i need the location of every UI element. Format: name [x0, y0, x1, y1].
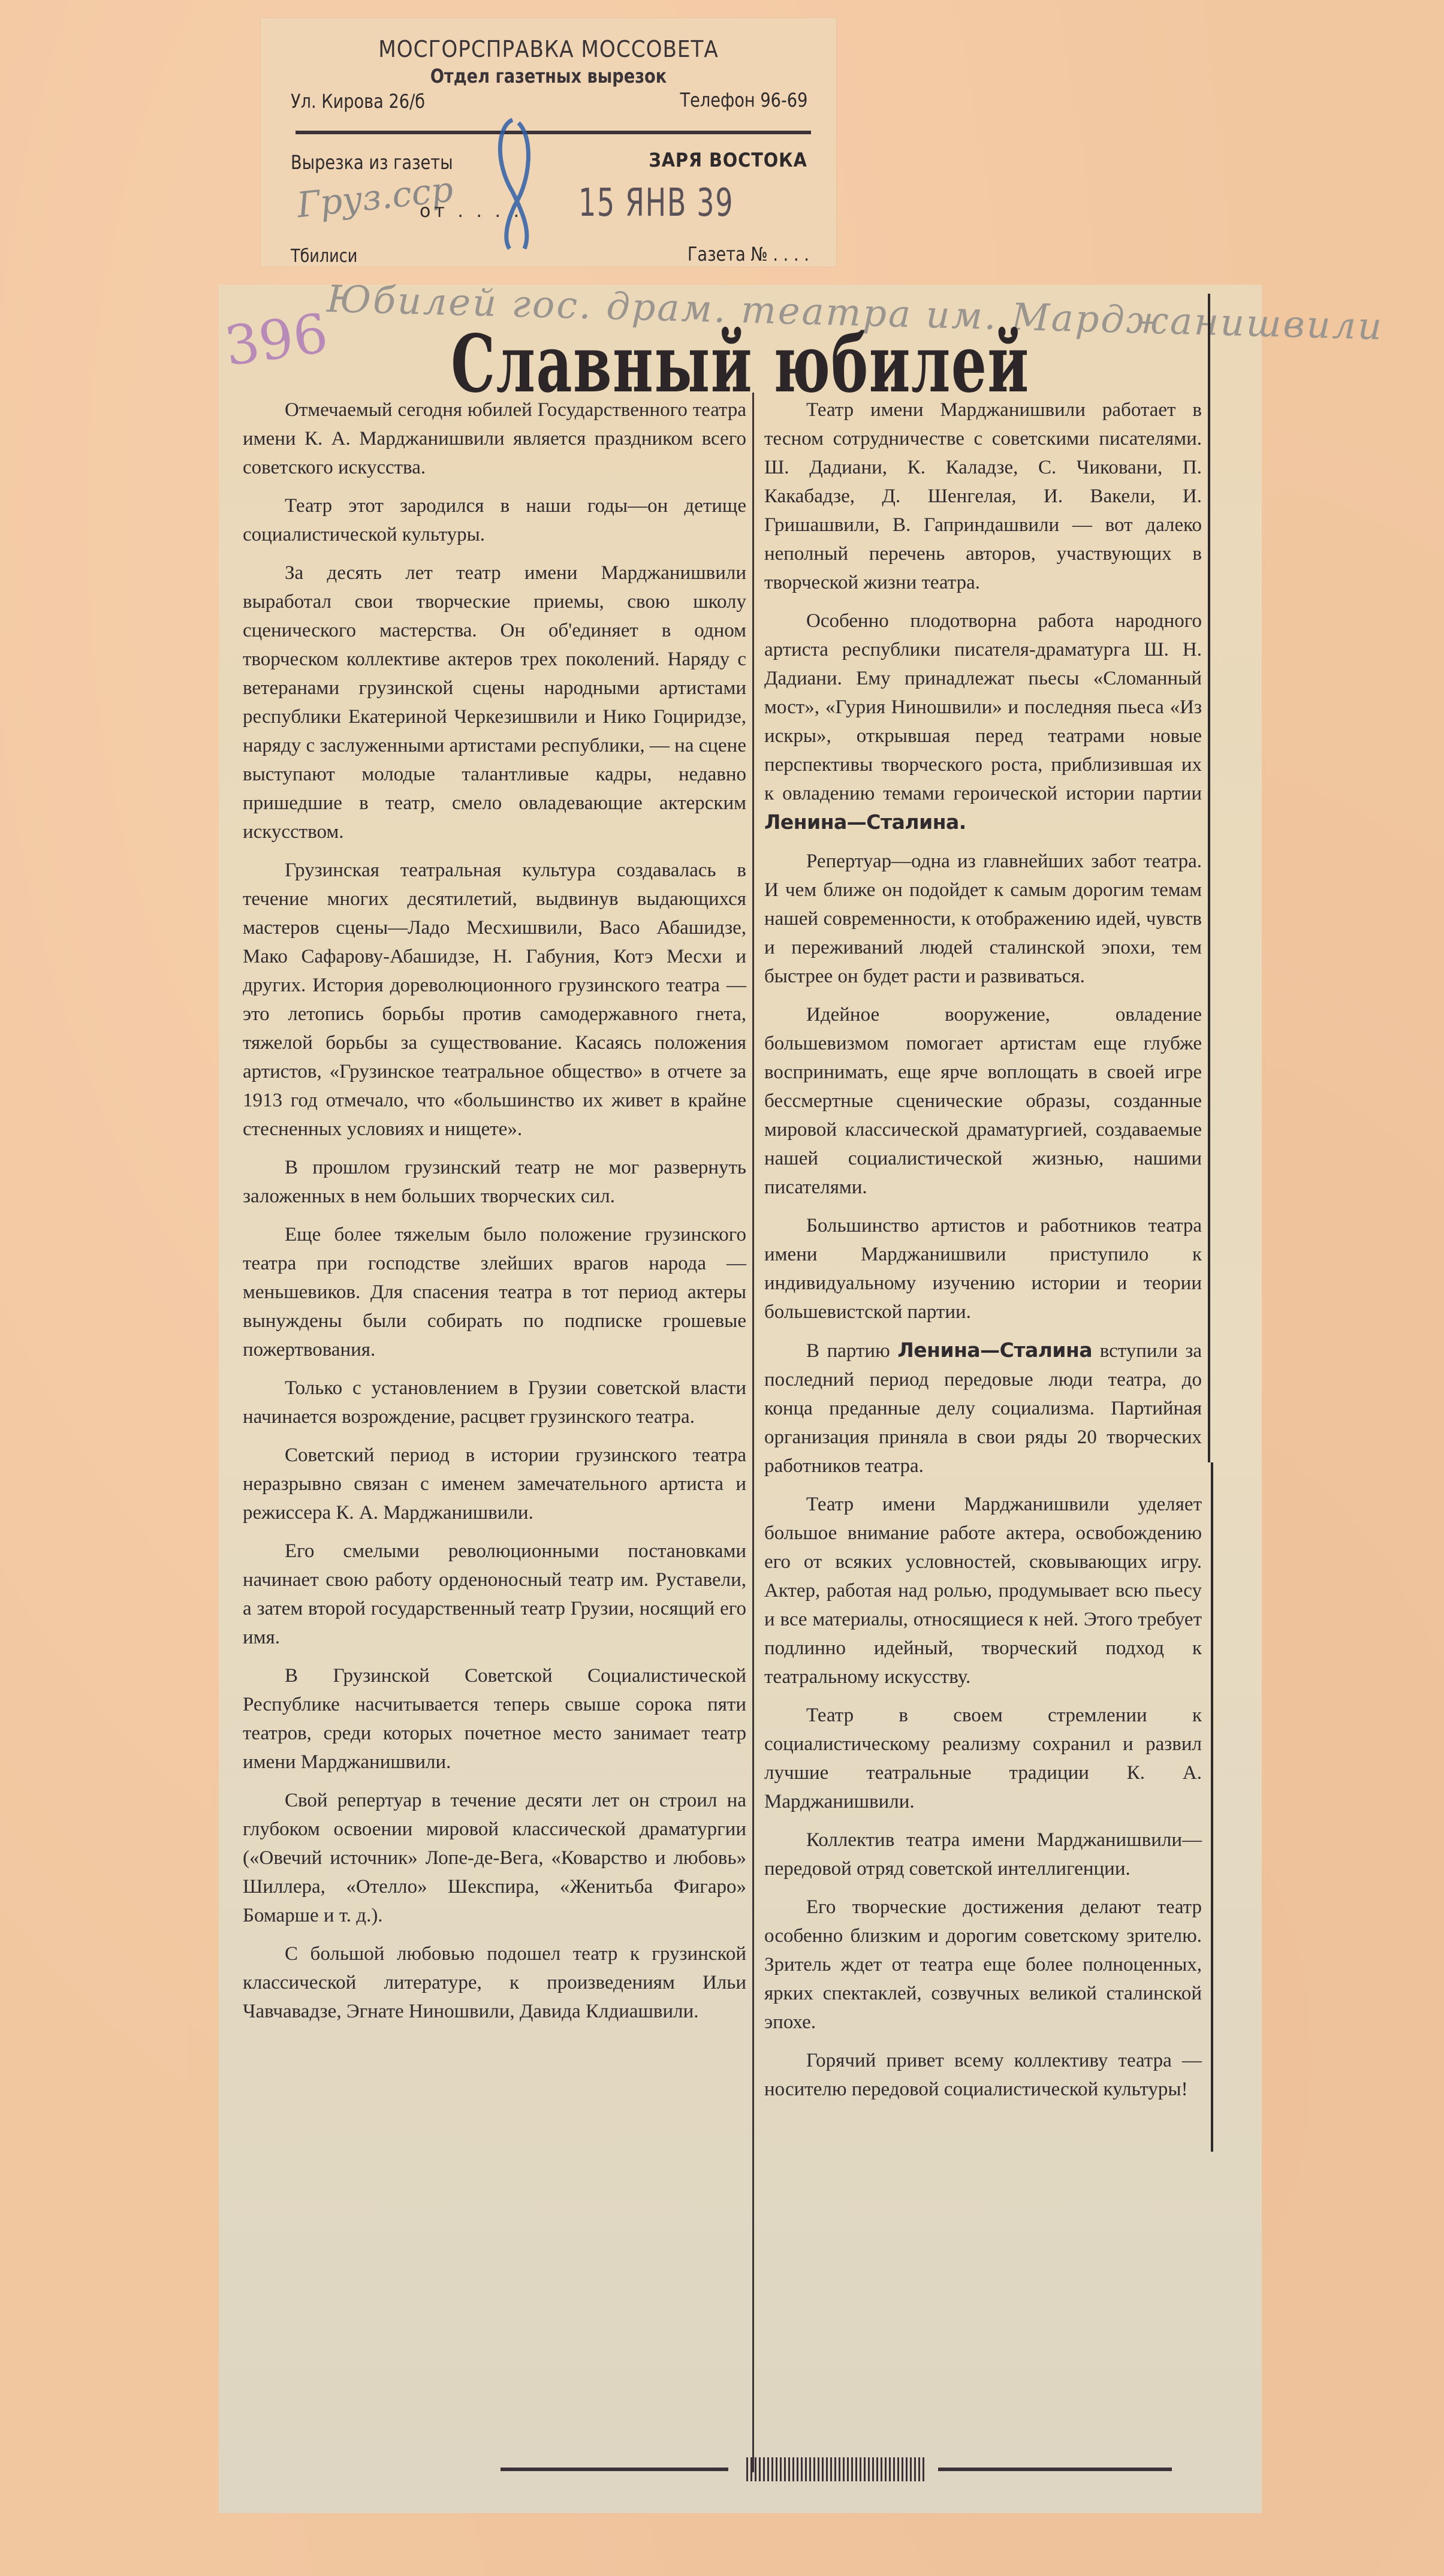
end-ornament-rule	[501, 2457, 1094, 2481]
divider-rule	[296, 131, 811, 134]
paragraph-prefix: В партию	[806, 1340, 890, 1362]
paragraph: Только с установлением в Грузии советско…	[243, 1374, 746, 1431]
paragraph: Горячий привет всему коллективу театра —…	[764, 2046, 1202, 2104]
left-column: Отмечаемый сегодня юбилей Государственно…	[243, 396, 746, 2035]
paragraph: За десять лет театр имени Марджанишвили …	[243, 559, 746, 846]
paragraph: Театр имени Марджанишвили уделяет большо…	[764, 1490, 1202, 1691]
bold-phrase: Ленина—Сталина.	[764, 810, 966, 834]
paragraph: В партию Ленина—Сталина вступили за посл…	[764, 1336, 1202, 1480]
paragraph: Грузинская театральная культура создавал…	[243, 856, 746, 1144]
ornament-bars	[746, 2457, 926, 2481]
paragraph: Отмечаемый сегодня юбилей Государственно…	[243, 396, 746, 482]
paragraph: Репертуар—одна из главнейших забот театр…	[764, 847, 1202, 991]
paragraph: Его творческие достижения делают театр о…	[764, 1893, 1202, 2037]
gazeta-number-label: Газета № . . . .	[688, 243, 809, 266]
border-rule	[1208, 294, 1210, 1462]
border-rule	[1211, 1462, 1213, 2152]
paragraph: Еще более тяжелым было положение грузинс…	[243, 1220, 746, 1364]
paragraph: В Грузинской Советской Социалистической …	[243, 1661, 746, 1776]
address: Ул. Кирова 26/б	[291, 90, 425, 113]
department-name: Отдел газетных вырезок	[304, 65, 793, 88]
paragraph: Особенно плодотворна работа народного ар…	[764, 607, 1202, 837]
paragraph: Большинство артистов и работников театра…	[764, 1211, 1202, 1326]
clipping-label: Вырезка из газеты	[291, 151, 453, 174]
paragraph: Театр имени Марджанишвили работает в тес…	[764, 396, 1202, 597]
page-number: 396	[221, 302, 332, 379]
paragraph: Его смелыми революционными постановками …	[243, 1537, 746, 1652]
blue-pencil-mark-icon	[495, 114, 536, 252]
phone: Телефон 96-69	[680, 89, 807, 111]
newspaper-name: ЗАРЯ ВОСТОКА	[649, 149, 807, 171]
clipping-service-slip: МОСГОРСПРАВКА МОССОВЕТА Отдел газетных в…	[261, 18, 836, 267]
paragraph: Свой репертуар в течение десяти лет он с…	[243, 1786, 746, 1930]
paragraph: Коллектив театра имени Марджанишвили—пер…	[764, 1826, 1202, 1883]
ornament-line	[501, 2468, 728, 2471]
right-column: Театр имени Марджанишвили работает в тес…	[764, 396, 1202, 2113]
city: Тбилиси	[291, 246, 357, 267]
paragraph: Советский период в истории грузинского т…	[243, 1441, 746, 1527]
ornament-line	[938, 2468, 1172, 2471]
paragraph: Театр в своем стремлении к социалистичес…	[764, 1701, 1202, 1816]
paragraph-text: Особенно плодотворна работа народного ар…	[764, 610, 1202, 804]
paragraph: Идейное вооружение, овладение большевизм…	[764, 1000, 1202, 1202]
paragraph: С большой любовью подошел театр к грузин…	[243, 1939, 746, 2026]
paragraph: Театр этот зародился в наши годы—он дети…	[243, 491, 746, 549]
article-clipping: 396 Юбилей гос. драм. театра им. Марджан…	[219, 285, 1262, 2513]
bold-phrase: Ленина—Сталина	[897, 1338, 1092, 1362]
date-stamp: 15 ЯНВ 39	[578, 181, 734, 225]
paragraph: В прошлом грузинский театр не мог развер…	[243, 1153, 746, 1211]
column-divider	[752, 393, 754, 2472]
organization-name: МОСГОРСПРАВКА МОССОВЕТА	[261, 36, 836, 62]
